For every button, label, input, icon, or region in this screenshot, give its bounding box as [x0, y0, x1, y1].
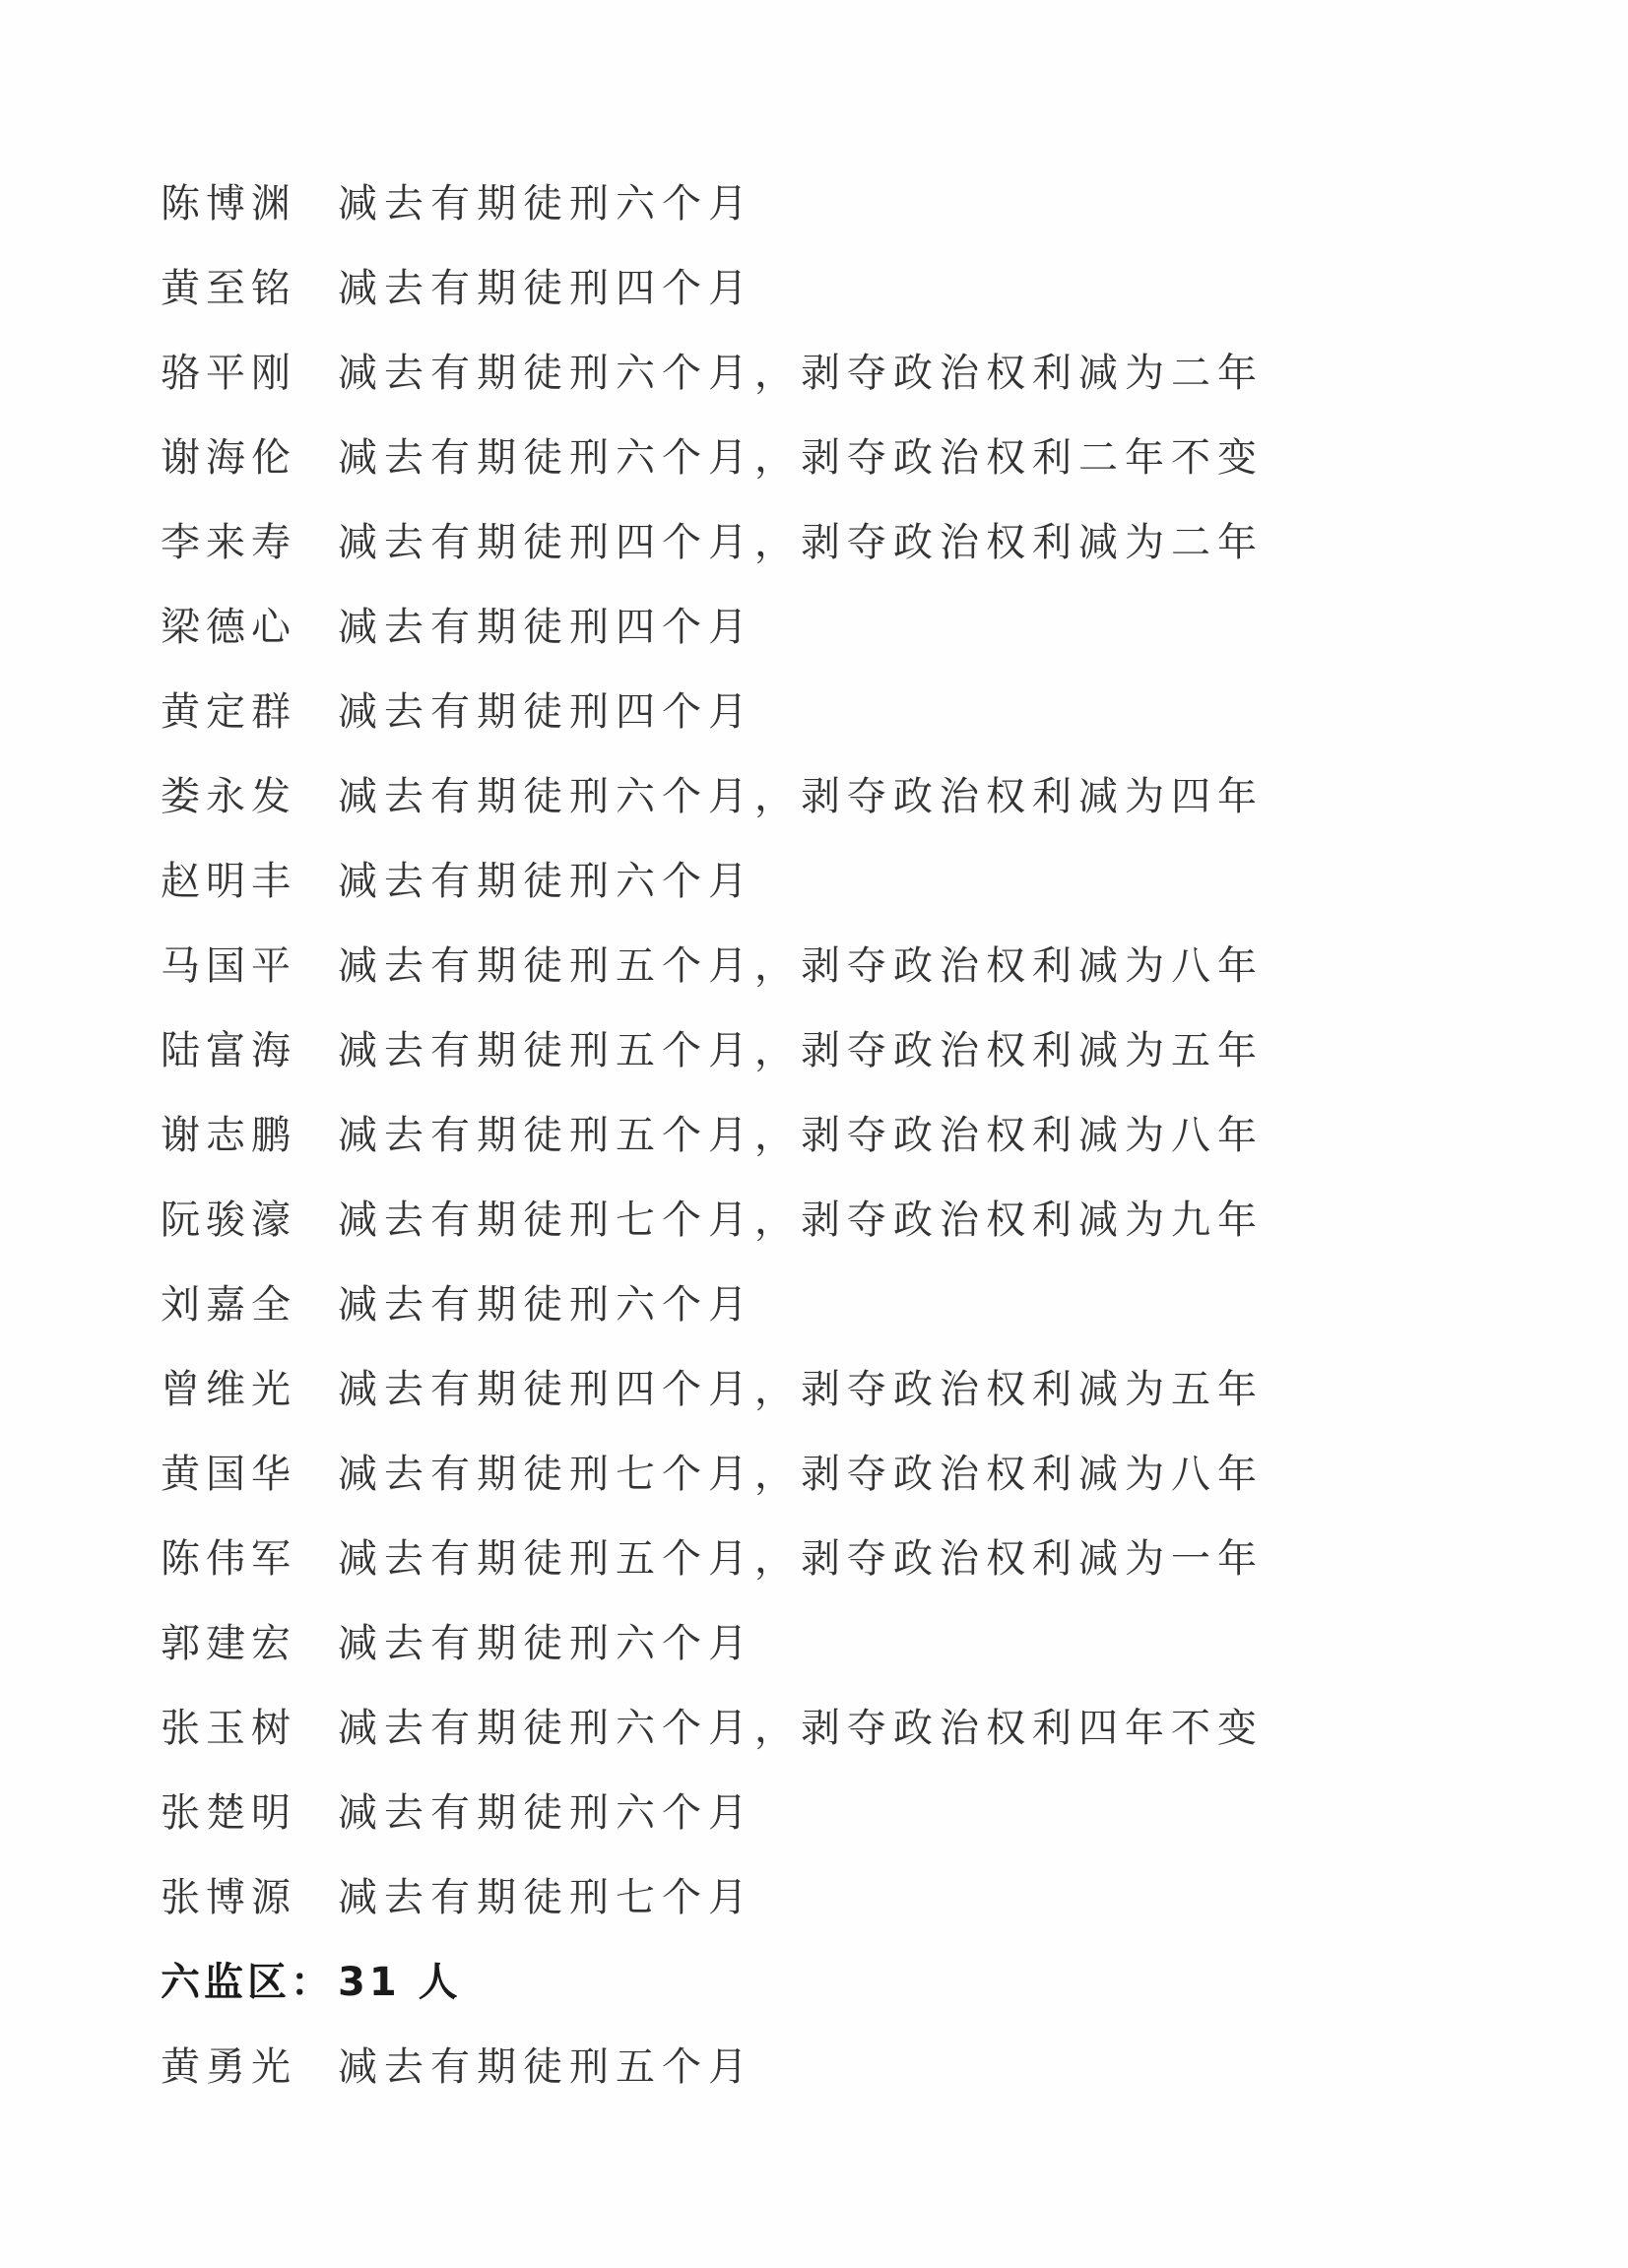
list-item: 谢志鹏 减去有期徒刑五个月，剥夺政治权利减为八年	[161, 1089, 1264, 1174]
sentence-text: 减去有期徒刑六个月	[338, 1612, 754, 1668]
sentence-text: 减去有期徒刑六个月，剥夺政治权利减为四年	[338, 765, 1264, 821]
list-item: 张玉树 减去有期徒刑六个月，剥夺政治权利四年不变	[161, 1682, 1264, 1767]
inmate-name: 张楚明	[161, 1782, 338, 1838]
sentence-text: 减去有期徒刑五个月，剥夺政治权利减为八年	[338, 1104, 1264, 1160]
inmate-name: 娄永发	[161, 765, 338, 821]
list-item: 骆平刚 减去有期徒刑六个月，剥夺政治权利减为二年	[161, 327, 1264, 412]
list-item: 阮骏濠 减去有期徒刑七个月，剥夺政治权利减为九年	[161, 1174, 1264, 1259]
sentence-text: 减去有期徒刑六个月	[338, 172, 754, 228]
inmate-name: 骆平刚	[161, 342, 338, 398]
list-item: 刘嘉全 减去有期徒刑六个月	[161, 1259, 1264, 1343]
sentence-text: 减去有期徒刑七个月，剥夺政治权利减为九年	[338, 1189, 1264, 1245]
sentence-text: 减去有期徒刑四个月	[338, 680, 754, 737]
list-item: 谢海伦 减去有期徒刑六个月，剥夺政治权利二年不变	[161, 412, 1264, 496]
inmate-name: 陆富海	[161, 1019, 338, 1075]
sentence-text: 减去有期徒刑五个月	[338, 2036, 754, 2092]
inmate-name: 黄定群	[161, 680, 338, 737]
sentence-text: 减去有期徒刑四个月，剥夺政治权利减为五年	[338, 1358, 1264, 1414]
list-item: 黄勇光 减去有期徒刑五个月	[161, 2021, 1264, 2106]
list-item: 张楚明 减去有期徒刑六个月	[161, 1767, 1264, 1851]
inmate-name: 黄至铭	[161, 257, 338, 313]
inmate-name: 张玉树	[161, 1697, 338, 1753]
inmate-name: 黄勇光	[161, 2036, 338, 2092]
sentence-text: 减去有期徒刑四个月	[338, 257, 754, 313]
list-item: 黄至铭 减去有期徒刑四个月	[161, 242, 1264, 327]
sentence-text: 减去有期徒刑五个月，剥夺政治权利减为五年	[338, 1019, 1264, 1075]
list-item: 郭建宏 减去有期徒刑六个月	[161, 1597, 1264, 1682]
inmate-name: 李来寿	[161, 511, 338, 567]
inmate-name: 谢海伦	[161, 426, 338, 483]
list-item: 陈博渊 减去有期徒刑六个月	[161, 158, 1264, 242]
inmate-name: 阮骏濠	[161, 1189, 338, 1245]
document-page: 陈博渊 减去有期徒刑六个月 黄至铭 减去有期徒刑四个月 骆平刚 减去有期徒刑六个…	[0, 0, 1628, 2268]
inmate-name: 陈伟军	[161, 1527, 338, 1584]
sentence-text: 减去有期徒刑六个月，剥夺政治权利减为二年	[338, 342, 1264, 398]
sentence-text: 减去有期徒刑六个月，剥夺政治权利四年不变	[338, 1697, 1264, 1753]
sentence-text: 减去有期徒刑七个月，剥夺政治权利减为八年	[338, 1443, 1264, 1499]
inmate-name: 谢志鹏	[161, 1104, 338, 1160]
inmate-name: 张博源	[161, 1866, 338, 1922]
inmate-name: 曾维光	[161, 1358, 338, 1414]
sentence-text: 减去有期徒刑六个月	[338, 1273, 754, 1329]
inmate-name: 赵明丰	[161, 850, 338, 906]
inmate-name: 马国平	[161, 935, 338, 991]
list-item: 梁德心 减去有期徒刑四个月	[161, 581, 1264, 666]
list-item: 曾维光 减去有期徒刑四个月，剥夺政治权利减为五年	[161, 1343, 1264, 1428]
sentence-text: 减去有期徒刑七个月	[338, 1866, 754, 1922]
inmate-name: 黄国华	[161, 1443, 338, 1499]
section-count: 31 人	[338, 1951, 462, 2007]
sentence-text: 减去有期徒刑六个月，剥夺政治权利二年不变	[338, 426, 1264, 483]
sentence-text: 减去有期徒刑四个月，剥夺政治权利减为二年	[338, 511, 1264, 567]
sentence-text: 减去有期徒刑四个月	[338, 596, 754, 652]
section-title: 六监区：	[161, 1951, 334, 2007]
list-item: 黄国华 减去有期徒刑七个月，剥夺政治权利减为八年	[161, 1428, 1264, 1513]
list-item: 李来寿 减去有期徒刑四个月，剥夺政治权利减为二年	[161, 496, 1264, 581]
list-item: 陆富海 减去有期徒刑五个月，剥夺政治权利减为五年	[161, 1004, 1264, 1089]
sentence-text: 减去有期徒刑五个月，剥夺政治权利减为一年	[338, 1527, 1264, 1584]
inmate-name: 梁德心	[161, 596, 338, 652]
list-item: 赵明丰 减去有期徒刑六个月	[161, 835, 1264, 920]
sentence-text: 减去有期徒刑六个月	[338, 850, 754, 906]
sentence-text: 减去有期徒刑五个月，剥夺政治权利减为八年	[338, 935, 1264, 991]
list-item: 陈伟军 减去有期徒刑五个月，剥夺政治权利减为一年	[161, 1513, 1264, 1597]
list-item: 娄永发 减去有期徒刑六个月，剥夺政治权利减为四年	[161, 750, 1264, 835]
section-header: 六监区： 31 人	[161, 1936, 1264, 2021]
list-item: 张博源 减去有期徒刑七个月	[161, 1851, 1264, 1936]
inmate-name: 郭建宏	[161, 1612, 338, 1668]
inmate-name: 陈博渊	[161, 172, 338, 228]
list-item: 马国平 减去有期徒刑五个月，剥夺政治权利减为八年	[161, 920, 1264, 1004]
sentence-reduction-list: 陈博渊 减去有期徒刑六个月 黄至铭 减去有期徒刑四个月 骆平刚 减去有期徒刑六个…	[161, 158, 1264, 2106]
list-item: 黄定群 减去有期徒刑四个月	[161, 666, 1264, 750]
inmate-name: 刘嘉全	[161, 1273, 338, 1329]
sentence-text: 减去有期徒刑六个月	[338, 1782, 754, 1838]
